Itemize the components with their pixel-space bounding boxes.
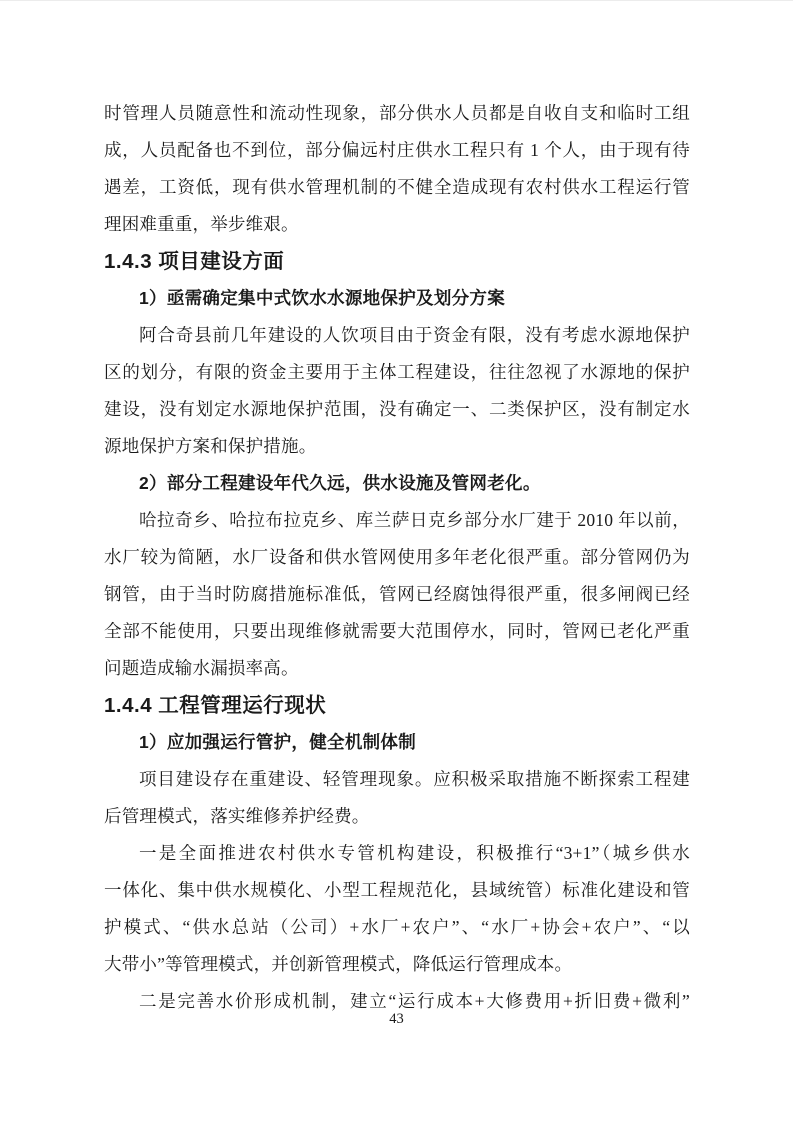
body-line: 遇差，工资低，现有供水管理机制的不健全造成现有农村供水工程运行管 bbox=[104, 169, 690, 206]
document-page: 时管理人员随意性和流动性现象，部分供水人员都是自收自支和临时工组成，人员配备也不… bbox=[0, 0, 793, 1122]
body-line: 水厂较为简陋，水厂设备和供水管网使用多年老化很严重。部分管网仍为 bbox=[104, 539, 690, 576]
body-line: 阿合奇县前几年建设的人饮项目由于资金有限，没有考虑水源地保护 bbox=[104, 317, 690, 354]
sub-heading: 1）应加强运行管护，健全机制体制 bbox=[104, 724, 690, 761]
body-line: 源地保护方案和保护措施。 bbox=[104, 428, 690, 465]
page-number: 43 bbox=[0, 1008, 793, 1030]
body-line: 哈拉奇乡、哈拉布拉克乡、库兰萨日克乡部分水厂建于 2010 年以前， bbox=[104, 502, 690, 539]
body-line: 护模式、“供水总站（公司）+水厂+农户”、“水厂+协会+农户”、“以 bbox=[104, 909, 690, 946]
body-line: 建设，没有划定水源地保护范围，没有确定一、二类保护区，没有制定水 bbox=[104, 391, 690, 428]
body-line: 后管理模式，落实维修养护经费。 bbox=[104, 798, 690, 835]
section-heading: 1.4.4 工程管理运行现状 bbox=[104, 687, 690, 724]
body-line: 成，人员配备也不到位，部分偏远村庄供水工程只有 1 个人，由于现有待 bbox=[104, 132, 690, 169]
body-line: 一体化、集中供水规模化、小型工程规范化，县域统管）标准化建设和管 bbox=[104, 872, 690, 909]
body-line: 大带小”等管理模式，并创新管理模式，降低运行管理成本。 bbox=[104, 946, 690, 983]
section-heading: 1.4.3 项目建设方面 bbox=[104, 243, 690, 280]
body-line: 项目建设存在重建设、轻管理现象。应积极采取措施不断探索工程建 bbox=[104, 761, 690, 798]
body-line: 问题造成输水漏损率高。 bbox=[104, 650, 690, 687]
document-content: 时管理人员随意性和流动性现象，部分供水人员都是自收自支和临时工组成，人员配备也不… bbox=[104, 95, 690, 1020]
body-line: 时管理人员随意性和流动性现象，部分供水人员都是自收自支和临时工组 bbox=[104, 95, 690, 132]
page-top-edge bbox=[0, 0, 793, 1]
body-line: 区的划分，有限的资金主要用于主体工程建设，往往忽视了水源地的保护 bbox=[104, 354, 690, 391]
body-line: 钢管，由于当时防腐措施标准低，管网已经腐蚀得很严重，很多闸阀已经 bbox=[104, 576, 690, 613]
body-line: 全部不能使用，只要出现维修就需要大范围停水，同时，管网已老化严重 bbox=[104, 613, 690, 650]
sub-heading: 1）亟需确定集中式饮水水源地保护及划分方案 bbox=[104, 280, 690, 317]
body-line: 一是全面推进农村供水专管机构建设，积极推行“3+1”（城乡供水 bbox=[104, 835, 690, 872]
body-line: 理困难重重，举步维艰。 bbox=[104, 206, 690, 243]
sub-heading: 2）部分工程建设年代久远，供水设施及管网老化。 bbox=[104, 465, 690, 502]
